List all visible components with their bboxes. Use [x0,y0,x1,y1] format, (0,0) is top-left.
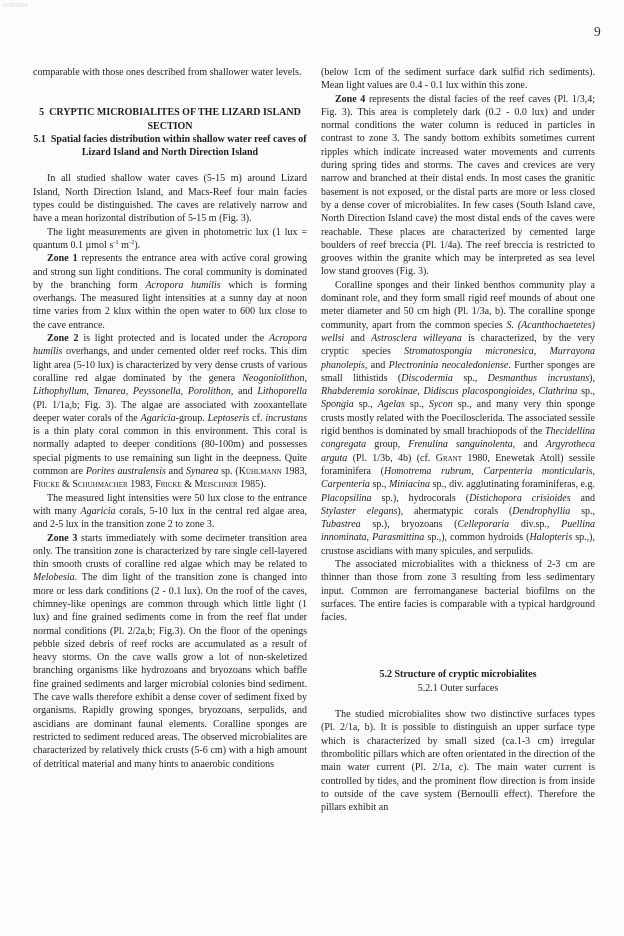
section-heading: 5.1 Spatial facies distribution within s… [33,133,307,160]
scanned-paper-page: 00087684 9 comparable with those ones de… [0,0,624,936]
paragraph: comparable with those ones described fro… [33,66,307,79]
paragraph: Coralline sponges and their linked benth… [321,279,595,558]
right-column: (below 1cm of the sediment surface dark … [321,66,595,814]
section-heading: 5.2 Structure of cryptic microbialites [321,668,595,681]
scan-watermark: 00087684 [2,3,27,9]
paragraph: Zone 4 represents the distal facies of t… [321,93,595,279]
paragraph: The associated microbialites with a thic… [321,558,595,624]
section-heading: 5.2.1 Outer surfaces [321,682,595,695]
paragraph: The measured light intensities were 50 l… [33,492,307,532]
paragraph: The studied microbialites show two disti… [321,708,595,814]
page-number: 9 [594,24,601,40]
paragraph: Zone 1 represents the entrance area with… [33,252,307,332]
paragraph: In all studied shallow water caves (5-15… [33,172,307,225]
section-heading: 5 CRYPTIC MICROBIALITES OF THE LIZARD IS… [33,106,307,133]
paragraph: The light measurements are given in phot… [33,226,307,253]
paragraph: Zone 3 starts immediately with some deci… [33,532,307,771]
paragraph: Zone 2 is light protected and is located… [33,332,307,492]
left-column: comparable with those ones described fro… [33,66,307,814]
paragraph: (below 1cm of the sediment surface dark … [321,66,595,93]
two-column-layout: comparable with those ones described fro… [33,66,595,814]
